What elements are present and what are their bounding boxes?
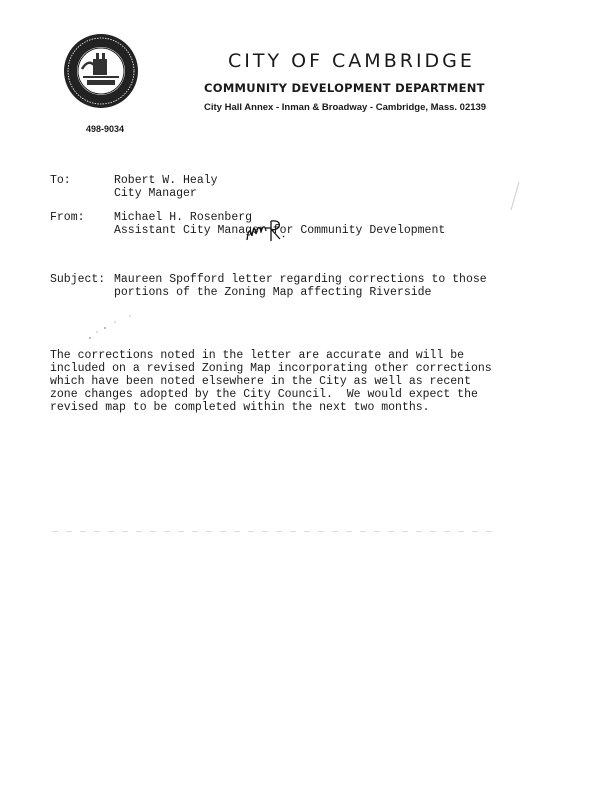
- body-line: The corrections noted in the letter are …: [50, 349, 492, 362]
- from-label: From:: [50, 211, 85, 224]
- department-name: COMMUNITY DEVELOPMENT DEPARTMENT: [204, 81, 485, 95]
- body-line: included on a revised Zoning Map incorpo…: [50, 362, 492, 375]
- to-label: To:: [50, 174, 71, 187]
- memo-body: The corrections noted in the letter are …: [50, 349, 492, 414]
- subject-line-2: portions of the Zoning Map affecting Riv…: [114, 286, 431, 299]
- phone-number: 498-9034: [86, 124, 124, 134]
- from-title: Assistant City Manager for Community Dev…: [114, 224, 445, 237]
- subject-label: Subject:: [50, 273, 105, 286]
- body-line: zone changes adopted by the City Council…: [50, 388, 492, 401]
- scan-mark-icon: [505, 180, 525, 220]
- address: City Hall Annex - Inman & Broadway - Cam…: [204, 102, 486, 113]
- subject-line-1: Maureen Spofford letter regarding correc…: [114, 273, 487, 286]
- scan-artifact-line: [52, 531, 492, 532]
- body-line: revised map to be completed within the n…: [50, 401, 492, 414]
- body-line: which have been noted elsewhere in the C…: [50, 375, 492, 388]
- city-seal-icon: [63, 33, 139, 109]
- city-title: CITY OF CAMBRIDGE: [228, 50, 475, 72]
- scan-speckle-icon: [85, 310, 145, 345]
- from-name: Michael H. Rosenberg: [114, 211, 252, 224]
- to-title: City Manager: [114, 187, 197, 200]
- to-name: Robert W. Healy: [114, 174, 218, 187]
